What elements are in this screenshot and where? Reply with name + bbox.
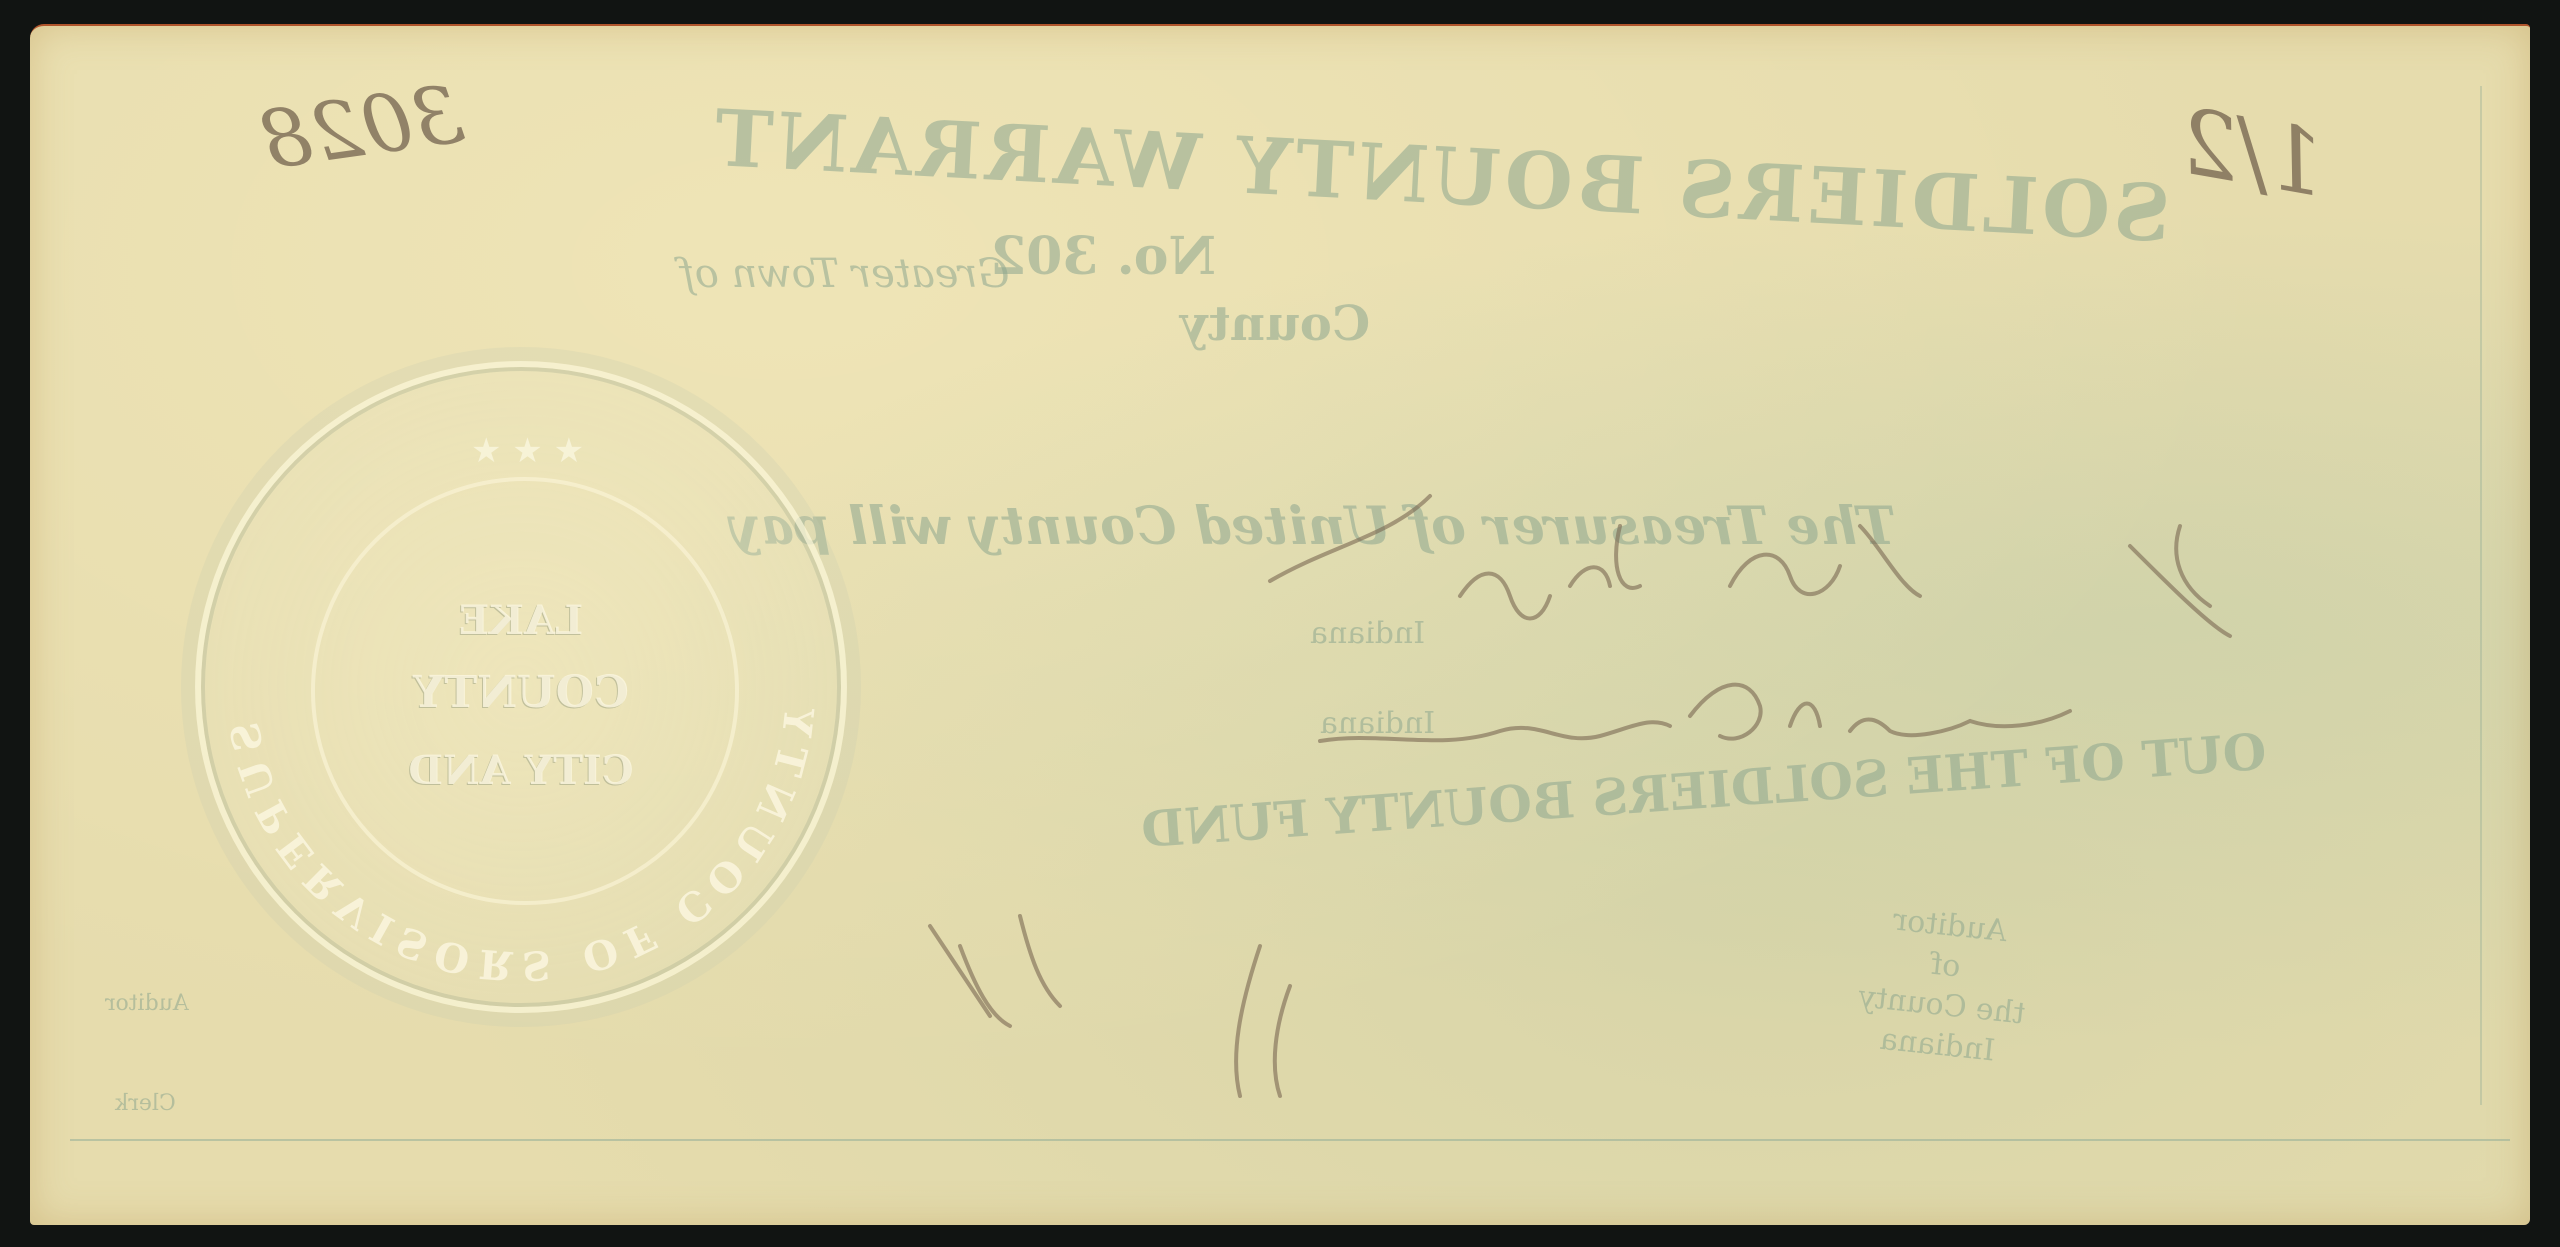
document-paper: SOLDIERS BOUNTY WARRANT No. 302 Greater … [30, 24, 2530, 1225]
handwritten-signatures [30, 26, 2530, 1225]
